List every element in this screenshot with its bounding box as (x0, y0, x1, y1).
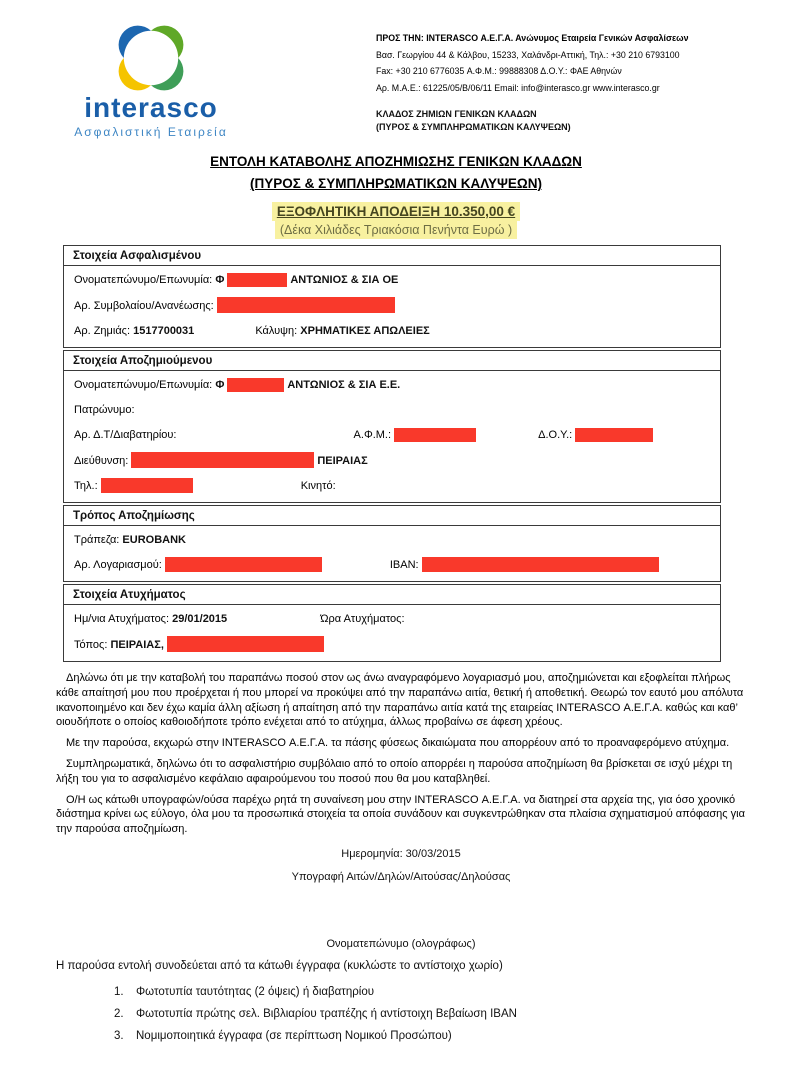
claim-form: Στοιχεία Ασφαλισμένου Ονοματεπώνυμο/Επων… (63, 245, 721, 662)
document-item-number: 3. (114, 1025, 136, 1047)
document-item-text: Νομιμοποιητικά έγγραφα (σε περίπτωση Νομ… (136, 1025, 452, 1047)
section-insured: Στοιχεία Ασφαλισμένου Ονοματεπώνυμο/Επων… (63, 245, 721, 348)
accident-date-value: 29/01/2015 (172, 613, 227, 625)
bank-row: Τράπεζα: EUROBANK (64, 527, 720, 552)
phone-row: Τηλ.: Κινητό: (64, 473, 720, 498)
redaction-iban (422, 557, 659, 572)
policy-number-row: Αρ. Συμβολαίου/Ανανέωσης: (64, 292, 720, 318)
redaction-afm (394, 428, 476, 442)
insured-name-value: ΑΝΤΩΝΙΟΣ & ΣΙΑ ΟΕ (290, 274, 398, 286)
attached-documents-intro: Η παρούσα εντολή συνοδεύεται από τα κάτω… (56, 958, 746, 974)
doy-label: Δ.Ο.Υ.: (538, 429, 572, 441)
declaration-paragraph: Συμπληρωματικά, δηλώνω ότι το ασφαλιστήρ… (56, 757, 746, 787)
beneficiary-name-label: Ονοματεπώνυμο/Επωνυμία: (74, 379, 212, 391)
declarations-block: Δηλώνω ότι με την καταβολή του παραπάνω … (56, 671, 746, 1047)
address-row: Διεύθυνση:ΠΕΙΡΑΙΑΣ (64, 447, 720, 473)
signature-caption: Υπογραφή Αιτών/Δηλών/Αιτούσας/Δηλούσας (56, 870, 746, 885)
section-insured-title: Στοιχεία Ασφαλισμένου (63, 245, 721, 266)
brand-subtitle: Ασφαλιστική Εταιρεία (58, 125, 244, 139)
claim-number-row: Αρ. Ζημιάς: 1517700031 Κάλυψη: ΧΡΗΜΑΤΙΚΕ… (64, 318, 720, 343)
bank-label: Τράπεζα: (74, 534, 119, 546)
receipt-amount: ΕΞΟΦΛΗΤΙΚΗ ΑΠΟΔΕΙΞΗ 10.350,00 € (272, 202, 520, 221)
declaration-paragraph: Με την παρούσα, εκχωρώ στην INTERASCO Α.… (56, 736, 746, 751)
fax-afm-line: Fax: +30 210 6776035 Α.Φ.Μ.: 99888308 Δ.… (376, 63, 784, 80)
beneficiary-name-value: ΑΝΤΩΝΙΟΣ & ΣΙΑ Ε.Ε. (287, 379, 400, 391)
brand-name: interasco (58, 94, 244, 122)
redaction-insured-name (227, 273, 287, 287)
redaction-accident-place (167, 636, 324, 652)
claim-number-value: 1517700031 (133, 325, 194, 337)
accident-time-label: Ώρα Ατυχήματος: (320, 613, 404, 625)
address-value: ΠΕΙΡΑΙΑΣ (317, 455, 367, 467)
document-item-text: Φωτοτυπία ταυτότητας (2 όψεις) ή διαβατη… (136, 981, 374, 1003)
policy-number-label: Αρ. Συμβολαίου/Ανανέωσης: (74, 300, 214, 312)
coverage-label: Κάλυψη: (255, 325, 297, 337)
father-name-row: Πατρώνυμο: (64, 397, 720, 422)
insured-name-prefix: Φ (215, 274, 224, 286)
insured-name-label: Ονοματεπώνυμο/Επωνυμία: (74, 274, 212, 286)
department-block: ΚΛΑΔΟΣ ΖΗΜΙΩΝ ΓΕΝΙΚΩΝ ΚΛΑΔΩΝ (ΠΥΡΟΣ & ΣΥ… (376, 108, 784, 133)
department-subline: (ΠΥΡΟΣ & ΣΥΜΠΛΗΡΩΜΑΤΙΚΩΝ ΚΑΛΥΨΕΩΝ) (376, 121, 784, 134)
document-page: interasco Ασφαλιστική Εταιρεία ΠΡΟΣ ΤΗΝ:… (0, 0, 792, 1082)
attached-documents-list: 1. Φωτοτυπία ταυτότητας (2 όψεις) ή διαβ… (56, 981, 746, 1047)
accident-place-row: Τόπος: ΠΕΙΡΑΙΑΣ, (64, 631, 720, 657)
company-details: ΠΡΟΣ ΤΗΝ: INTERASCO Α.Ε.Γ.Α. Ανώνυμος Ετ… (376, 30, 784, 133)
iban-label: IBAN: (390, 559, 419, 571)
document-list-item: 1. Φωτοτυπία ταυτότητας (2 όψεις) ή διαβ… (56, 981, 746, 1003)
redaction-account (165, 557, 322, 572)
document-item-text: Φωτοτυπία πρώτης σελ. Βιβλιαρίου τραπέζη… (136, 1003, 517, 1025)
id-afm-doy-row: Αρ. Δ.Τ/Διαβατηρίου: Α.Φ.Μ.: Δ.Ο.Υ.: (64, 422, 720, 447)
redaction-phone (101, 478, 193, 493)
section-beneficiary: Στοιχεία Αποζημιούμενου Ονοματεπώνυμο/Επ… (63, 350, 721, 503)
section-payment-title: Τρόπος Αποζημίωσης (63, 505, 721, 526)
department-line: ΚΛΑΔΟΣ ΖΗΜΙΩΝ ΓΕΝΙΚΩΝ ΚΛΑΔΩΝ (376, 108, 784, 121)
coverage-value: ΧΡΗΜΑΤΙΚΕΣ ΑΠΩΛΕΙΕΣ (300, 325, 430, 337)
afm-label: Α.Φ.Μ.: (354, 429, 392, 441)
date-line: Ημερομηνία: 30/03/2015 (56, 847, 746, 862)
document-item-number: 1. (114, 981, 136, 1003)
accident-place-label: Τόπος: (74, 639, 107, 651)
recipient-line: ΠΡΟΣ ΤΗΝ: INTERASCO Α.Ε.Γ.Α. Ανώνυμος Ετ… (376, 30, 784, 47)
section-accident-title: Στοιχεία Ατυχήματος (63, 584, 721, 605)
id-number-label: Αρ. Δ.Τ/Διαβατηρίου: (74, 429, 176, 441)
declaration-paragraph: Δηλώνω ότι με την καταβολή του παραπάνω … (56, 671, 746, 730)
document-list-item: 3. Νομιμοποιητικά έγγραφα (σε περίπτωση … (56, 1025, 746, 1047)
beneficiary-name-prefix: Φ (215, 379, 224, 391)
accident-date-row: Ημ/νια Ατυχήματος: 29/01/2015 Ώρα Ατυχήμ… (64, 606, 720, 631)
company-logo: interasco Ασφαλιστική Εταιρεία (58, 24, 244, 139)
father-name-label: Πατρώνυμο: (74, 404, 135, 416)
redaction-policy-number (217, 297, 395, 313)
insured-name-row: Ονοματεπώνυμο/Επωνυμία: ΦΑΝΤΩΝΙΟΣ & ΣΙΑ … (64, 267, 720, 292)
document-subtitle: (ΠΥΡΟΣ & ΣΥΜΠΛΗΡΩΜΑΤΙΚΩΝ ΚΑΛΥΨΕΩΝ) (0, 173, 792, 195)
accident-date-label: Ημ/νια Ατυχήματος: (74, 613, 169, 625)
address-label: Διεύθυνση: (74, 455, 128, 467)
registry-email-line: Αρ. Μ.Α.Ε.: 61225/05/Β/06/11 Email: info… (376, 80, 784, 97)
document-title: ΕΝΤΟΛΗ ΚΑΤΑΒΟΛΗΣ ΑΠΟΖΗΜΙΩΣΗΣ ΓΕΝΙΚΩΝ ΚΛΑ… (0, 151, 792, 173)
section-accident: Στοιχεία Ατυχήματος Ημ/νια Ατυχήματος: 2… (63, 584, 721, 662)
redaction-address (131, 452, 314, 468)
beneficiary-name-row: Ονοματεπώνυμο/Επωνυμία: ΦΑΝΤΩΝΙΟΣ & ΣΙΑ … (64, 372, 720, 397)
document-item-number: 2. (114, 1003, 136, 1025)
declaration-paragraph: Ο/Η ως κάτωθι υπογραφών/ούσα παρέχω ρητά… (56, 793, 746, 837)
accident-place-value: ΠΕΙΡΑΙΑΣ, (110, 639, 163, 651)
account-label: Αρ. Λογαριασμού: (74, 559, 162, 571)
address-line: Βασ. Γεωργίου 44 & Κάλβου, 15233, Χαλάνδ… (376, 47, 784, 64)
fullname-caption: Ονοματεπώνυμο (ολογράφως) (56, 937, 746, 952)
document-list-item: 2. Φωτοτυπία πρώτης σελ. Βιβλιαρίου τραπ… (56, 1003, 746, 1025)
phone-label: Τηλ.: (74, 480, 98, 492)
redaction-beneficiary-name (227, 378, 284, 392)
section-beneficiary-title: Στοιχεία Αποζημιούμενου (63, 350, 721, 371)
bank-value: EUROBANK (122, 534, 186, 546)
receipt-amount-words: (Δέκα Χιλιάδες Τριακόσια Πενήντα Ευρώ ) (275, 221, 517, 239)
redaction-doy (575, 428, 653, 442)
mobile-label: Κινητό: (301, 480, 336, 492)
section-payment: Τρόπος Αποζημίωσης Τράπεζα: EUROBANK Αρ.… (63, 505, 721, 582)
claim-number-label: Αρ. Ζημιάς: (74, 325, 130, 337)
swirl-pinwheel-icon (117, 24, 185, 92)
account-iban-row: Αρ. Λογαριασμού: IBAN: (64, 552, 720, 577)
title-block: ΕΝΤΟΛΗ ΚΑΤΑΒΟΛΗΣ ΑΠΟΖΗΜΙΩΣΗΣ ΓΕΝΙΚΩΝ ΚΛΑ… (0, 151, 792, 239)
